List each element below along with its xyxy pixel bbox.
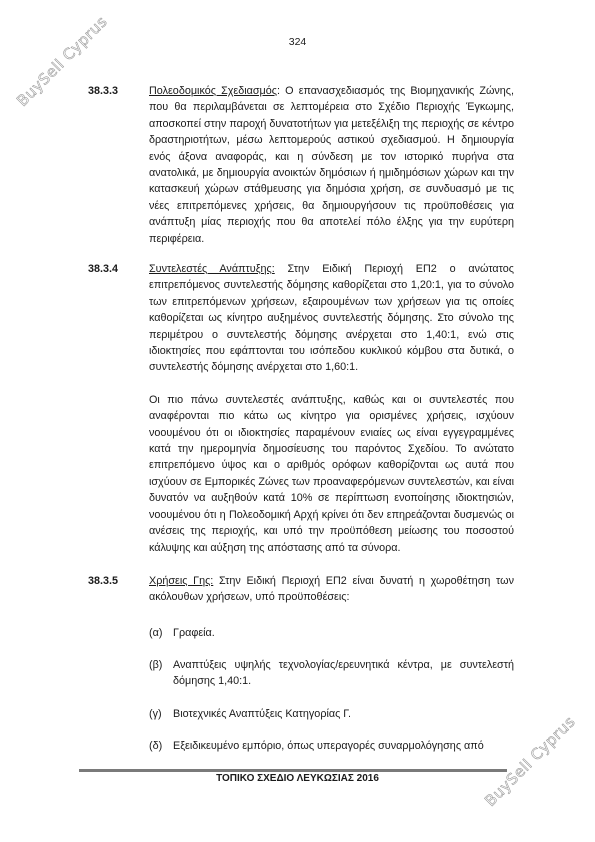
section-number: 38.3.3 <box>88 83 118 99</box>
section-38-3-3: 38.3.3 Πολεοδομικός Σχεδιασμός: Ο επανασ… <box>88 83 514 247</box>
footer-divider <box>79 769 507 772</box>
section-title: Πολεοδομικός Σχεδιασμός <box>149 85 277 97</box>
section-38-3-4: 38.3.4 Συντελεστές Ανάπτυξης: Στην Ειδικ… <box>88 261 514 556</box>
list-text: Αναπτύξεις υψηλής τεχνολογίας/ερευνητικά… <box>173 657 514 690</box>
list-label: (α) <box>149 625 162 641</box>
section-38-3-5: 38.3.5 Χρήσεις Γης: Στην Ειδική Περιοχή … <box>88 573 514 606</box>
list-item: (γ) Βιοτεχνικές Αναπτύξεις Κατηγορίας Γ. <box>149 706 514 722</box>
section-number: 38.3.5 <box>88 573 118 589</box>
list-item: (β) Αναπτύξεις υψηλής τεχνολογίας/ερευνη… <box>149 657 514 690</box>
list-item: (α) Γραφεία. <box>149 625 514 641</box>
section-paragraph-2: Οι πιο πάνω συντελεστές ανάπτυξης, καθώς… <box>149 392 514 556</box>
section-body: Χρήσεις Γης: Στην Ειδική Περιοχή ΕΠ2 είν… <box>149 573 514 606</box>
list-text: Γραφεία. <box>173 625 514 641</box>
list-label: (δ) <box>149 738 162 754</box>
watermark-bottom-right: BuySell Cyprus <box>481 712 579 810</box>
section-text: Ο επανασχεδιασμός της Βιομηχανικής Ζώνης… <box>149 85 514 245</box>
section-body: Πολεοδομικός Σχεδιασμός: Ο επανασχεδιασμ… <box>149 83 514 247</box>
list-label: (β) <box>149 657 162 673</box>
section-body: Συντελεστές Ανάπτυξης: Στην Ειδική Περιο… <box>149 261 514 376</box>
list-text: Εξειδικευμένο εμπόριο, όπως υπεραγορές σ… <box>173 738 514 754</box>
section-title: Συντελεστές Ανάπτυξης: <box>149 263 275 275</box>
list-item: (δ) Εξειδικευμένο εμπόριο, όπως υπεραγορ… <box>149 738 514 754</box>
list-text: Βιοτεχνικές Αναπτύξεις Κατηγορίας Γ. <box>173 706 514 722</box>
list-label: (γ) <box>149 706 162 722</box>
section-title: Χρήσεις Γης: <box>149 575 213 587</box>
section-number: 38.3.4 <box>88 261 118 277</box>
section-text: Στην Ειδική Περιοχή ΕΠ2 ο ανώτατος επιτρ… <box>149 263 514 373</box>
